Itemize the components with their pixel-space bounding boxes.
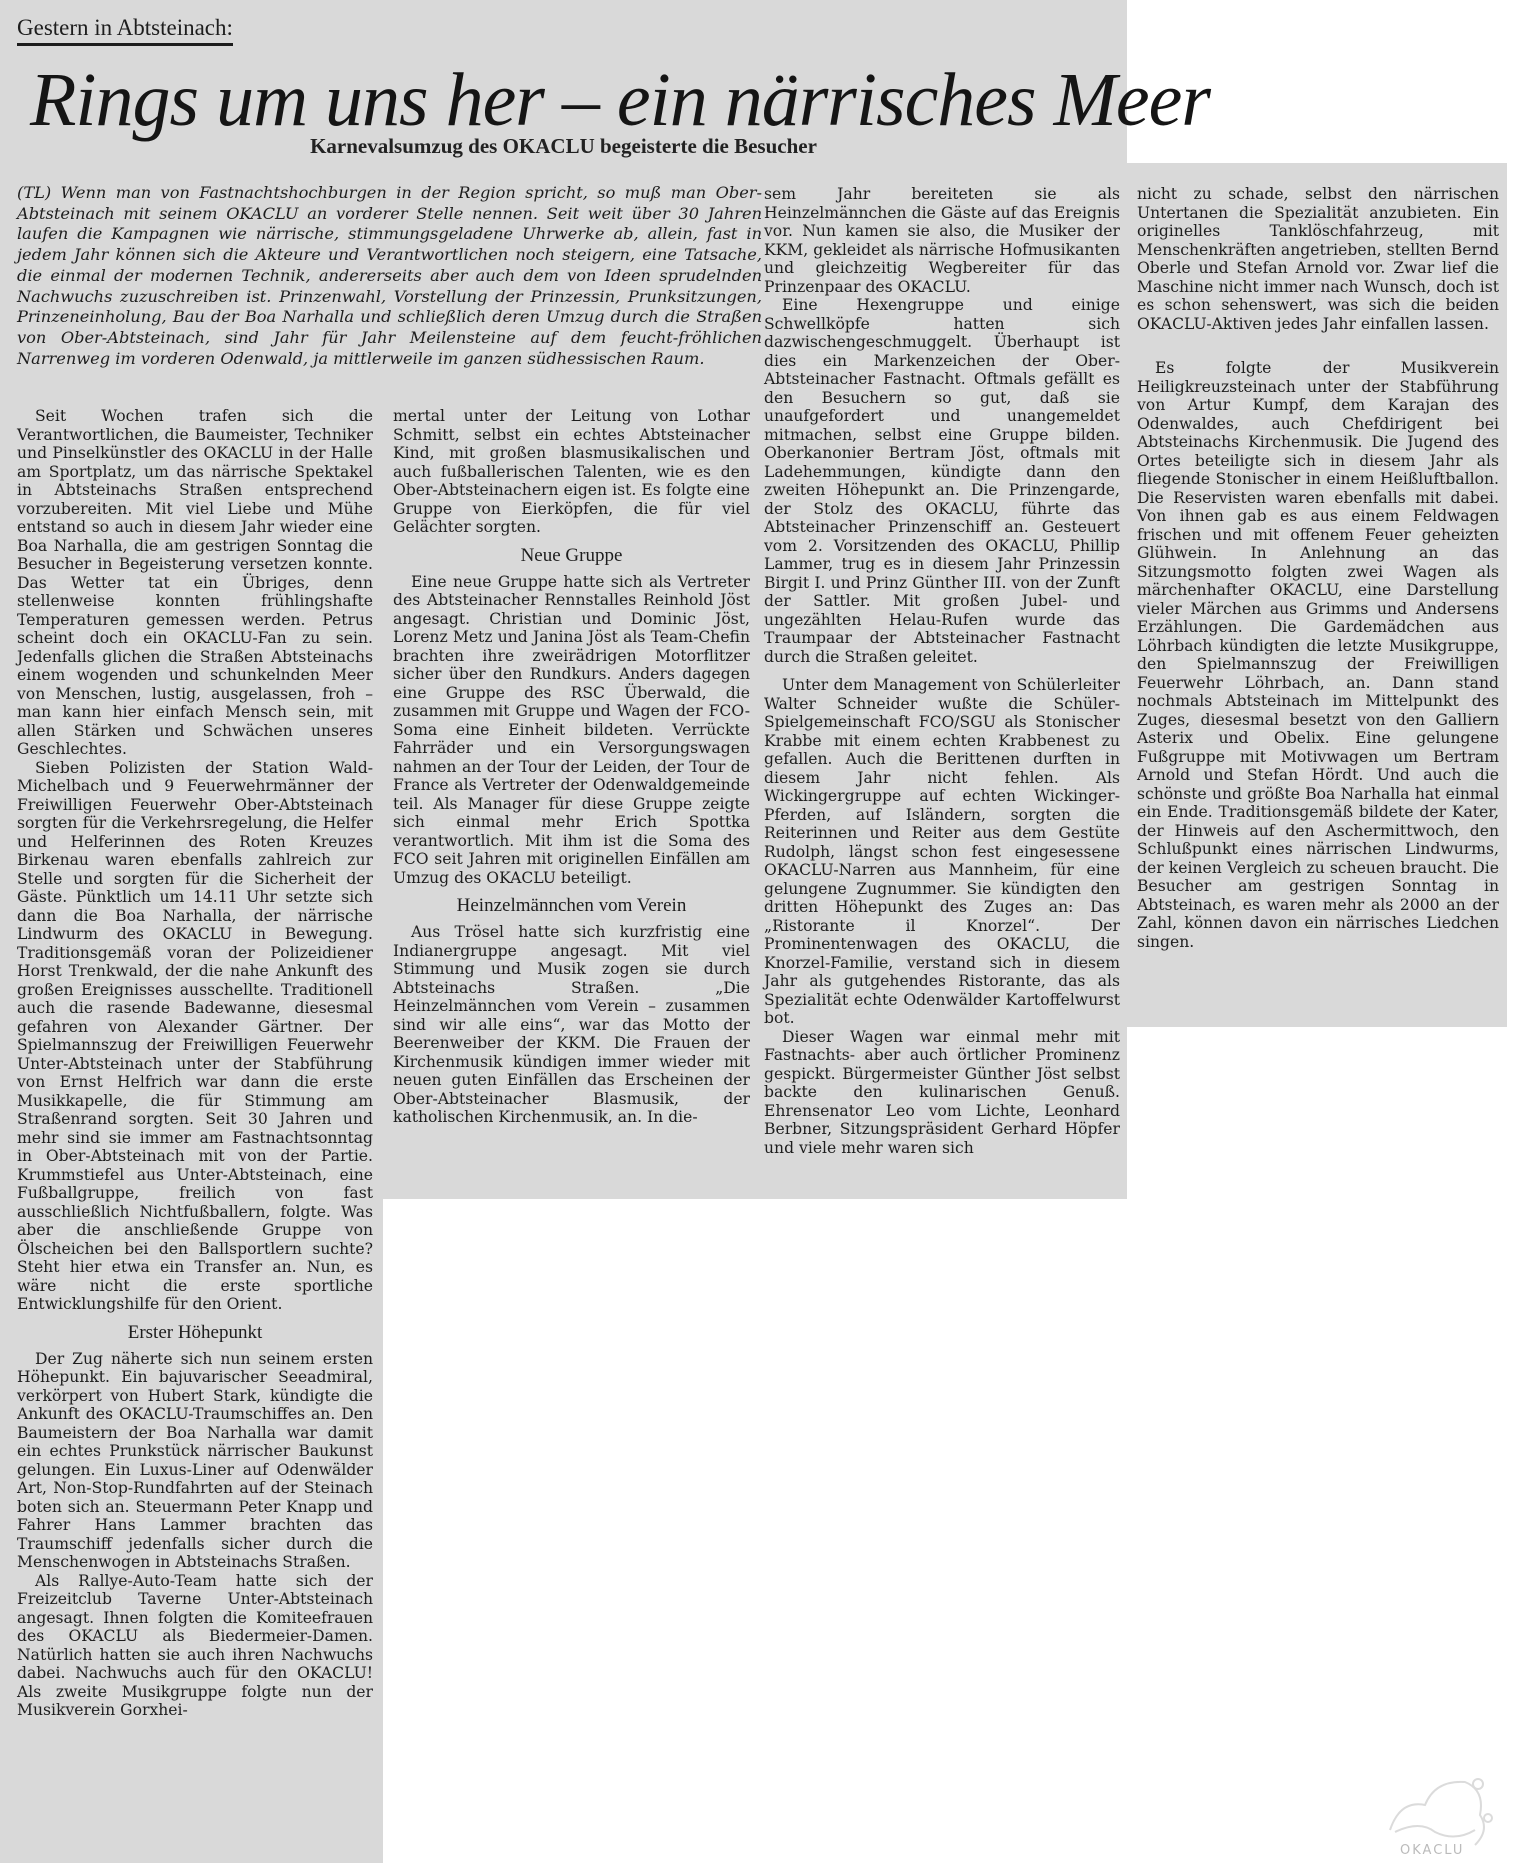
paragraph: Es folgte der Musikverein Heiligkreuzste… (1137, 359, 1499, 951)
paragraph: Der Zug näherte sich nun seinem ersten H… (17, 1350, 373, 1572)
article-kicker: Gestern in Abtsteinach: (17, 14, 233, 46)
section-heading: Heinzelmännchen vom Verein (393, 895, 750, 917)
paragraph: Eine neue Gruppe hatte sich als Vertrete… (393, 573, 750, 888)
article-headline: Rings um uns her – ein närrisches Meer (30, 58, 1090, 142)
article-intro: (TL) Wenn man von Fastnachtshochburgen i… (17, 183, 762, 369)
okaclu-logo-label: OKACLU (1400, 1843, 1464, 1858)
paragraph: Dieser Wagen war einmal mehr mit Fastnac… (764, 1028, 1120, 1158)
paragraph: Als Rallye-Auto-Team hatte sich der Frei… (17, 1572, 373, 1720)
paragraph: Aus Trösel hatte sich kurzfristig eine I… (393, 923, 750, 1127)
section-heading: Erster Höhepunkt (17, 1322, 373, 1344)
article-column-1: Seit Wochen trafen sich die Verantwortli… (17, 407, 373, 1720)
paragraph: sem Jahr bereiteten sie als Heinzelmännc… (764, 185, 1120, 296)
paragraph: Sieben Polizisten der Station Wald-Miche… (17, 759, 373, 1314)
paragraph: Eine Hexengruppe und einige Schwellköpfe… (764, 296, 1120, 666)
article-column-4: nicht zu schade, selbst den närrischen U… (1137, 185, 1499, 951)
article-column-2: mertal unter der Leitung von Lothar Schm… (393, 407, 750, 1127)
paragraph: mertal unter der Leitung von Lothar Schm… (393, 407, 750, 537)
paragraph: Seit Wochen trafen sich die Verantwortli… (17, 407, 373, 759)
article-column-3: sem Jahr bereiteten sie als Heinzelmännc… (764, 185, 1120, 1157)
article-subheadline: Karnevalsumzug des OKACLU begeisterte di… (0, 134, 1127, 159)
paragraph: Unter dem Management von Schülerleiter W… (764, 676, 1120, 1028)
section-heading: Neue Gruppe (393, 545, 750, 567)
paragraph: nicht zu schade, selbst den närrischen U… (1137, 185, 1499, 333)
